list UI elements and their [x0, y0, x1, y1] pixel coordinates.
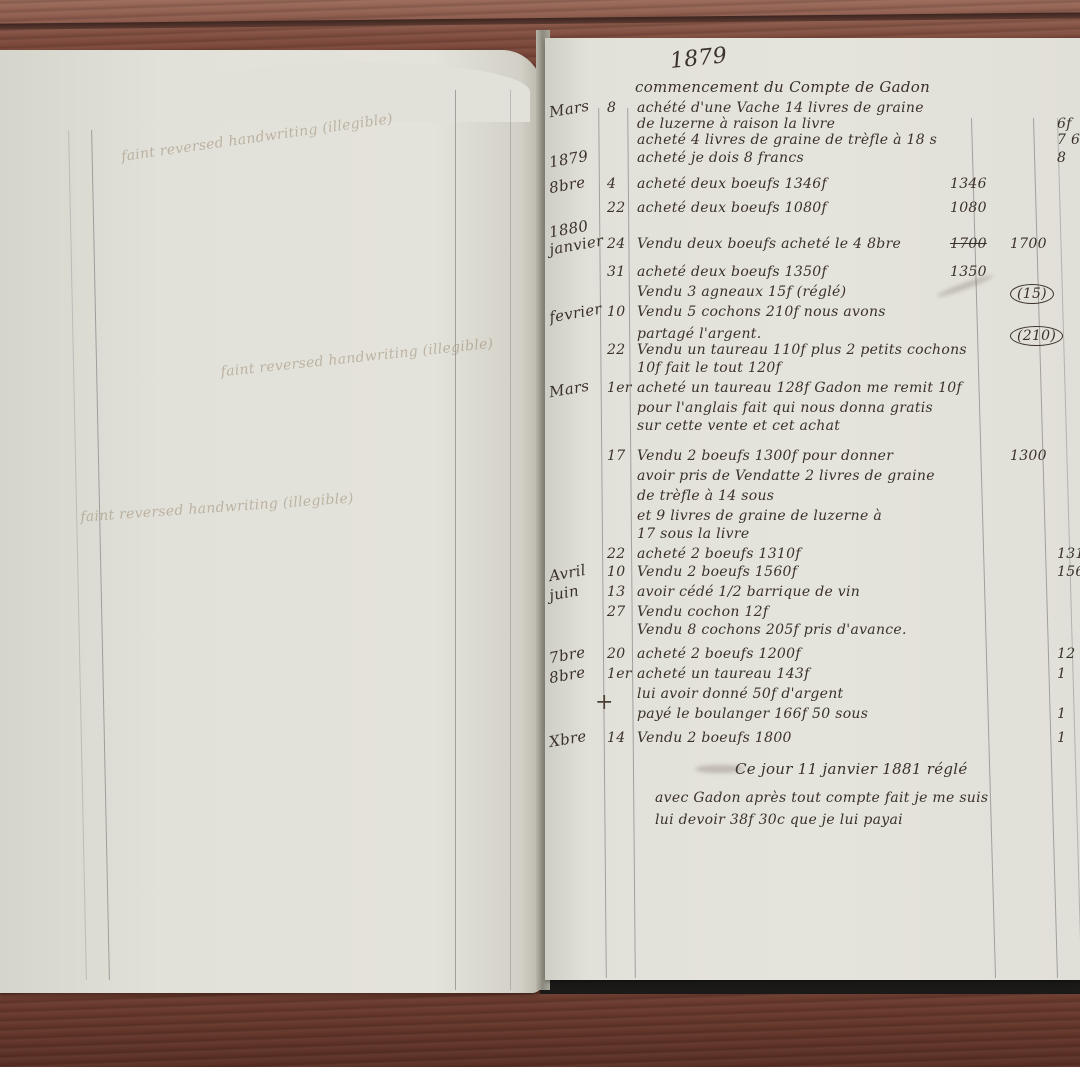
entry-amount-debit: 1346 — [950, 176, 987, 192]
entry-description: acheté deux boeufs 1080f — [637, 200, 827, 216]
entry-description: 10f fait le tout 120f — [637, 360, 781, 376]
entry-day: 22 — [607, 200, 625, 216]
entry-description: Vendu 5 cochons 210f nous avons — [637, 304, 886, 320]
ledger-left-page: faint reversed handwriting (illegible) f… — [0, 50, 542, 993]
entry-description: Vendu 2 boeufs 1800 — [637, 730, 792, 746]
entry-amount-debit: 1700 — [950, 236, 987, 252]
entry-month: juin — [548, 582, 581, 605]
column-rule-line — [510, 90, 511, 990]
entry-day: 10 — [607, 564, 625, 580]
entry-description: partagé l'argent. — [637, 326, 761, 342]
ledger-right-page: 1879 commencement du Compte de Gadon Mar… — [545, 38, 1080, 980]
closing-note-line: Ce jour 11 janvier 1881 réglé — [735, 760, 968, 778]
entry-description: et 9 livres de graine de luzerne à — [637, 508, 882, 524]
margin-rule-line — [91, 130, 110, 980]
bleed-through-text: faint reversed handwriting (illegible) — [80, 490, 355, 525]
entry-description: Vendu un taureau 110f plus 2 petits coch… — [637, 342, 967, 358]
column-rule-line — [455, 90, 456, 990]
entry-description: sur cette vente et cet achat — [637, 418, 840, 434]
entry-description: pour l'anglais fait qui nous donna grati… — [637, 400, 933, 416]
entry-description: achété d'une Vache 14 livres de graine — [637, 100, 924, 116]
entry-description: acheté un taureau 143f — [637, 666, 810, 682]
entry-description: 17 sous la livre — [637, 526, 749, 542]
entry-description: Vendu cochon 12f — [637, 604, 768, 620]
entry-amount-credit: (15) — [1010, 284, 1054, 304]
entry-day: 27 — [607, 604, 625, 620]
entry-day: 22 — [607, 546, 625, 562]
entry-amount-extra: 1310 — [1057, 546, 1080, 562]
entry-day: 1er — [607, 380, 632, 396]
entry-day: 22 — [607, 342, 625, 358]
entry-month: Xbre — [548, 727, 588, 751]
entry-day: 8 — [607, 100, 616, 116]
entry-day: 24 — [607, 236, 625, 252]
margin-rule-line — [68, 130, 87, 980]
closing-note-line: lui devoir 38f 30c que je lui payai — [655, 812, 903, 828]
entry-description: Vendu 2 boeufs 1560f — [637, 564, 797, 580]
ledger-title: commencement du Compte de Gadon — [635, 78, 930, 96]
entry-description: acheté 4 livres de graine de trèfle à 18… — [637, 132, 937, 148]
entry-description: avoir cédé 1/2 barrique de vin — [637, 584, 860, 600]
entry-description: acheté deux boeufs 1350f — [637, 264, 827, 280]
entry-day: 14 — [607, 730, 625, 746]
margin-cross-mark: + — [595, 690, 613, 715]
entry-amount-extra: 12 — [1057, 646, 1075, 662]
entry-description: acheté 2 boeufs 1310f — [637, 546, 801, 562]
entry-description: acheté deux boeufs 1346f — [637, 176, 827, 192]
entry-description: acheté je dois 8 francs — [637, 150, 804, 166]
entry-month: 8bre — [548, 663, 587, 687]
entry-day: 20 — [607, 646, 625, 662]
entry-month: Mars — [548, 97, 591, 122]
year-heading: 1879 — [669, 43, 729, 74]
entry-day: 4 — [607, 176, 616, 192]
entry-amount-debit: 1080 — [950, 200, 987, 216]
entry-description: Vendu 2 boeufs 1300f pour donner — [637, 448, 893, 464]
entry-description: Vendu 8 cochons 205f pris d'avance. — [637, 622, 907, 638]
entry-day: 17 — [607, 448, 625, 464]
entry-amount-extra: 1 — [1057, 666, 1066, 682]
entry-description: Vendu 3 agneaux 15f (réglé) — [637, 284, 846, 300]
entry-month: Mars — [548, 377, 591, 402]
closing-note-line: avec Gadon après tout compte fait je me … — [655, 790, 988, 806]
bleed-through-text: faint reversed handwriting (illegible) — [220, 336, 494, 381]
entry-day: 31 — [607, 264, 625, 280]
entry-amount-extra: 1 — [1057, 730, 1066, 746]
entry-amount-credit: 1700 — [1010, 236, 1047, 252]
day-column-rule — [627, 108, 636, 978]
entry-amount-extra: 6f — [1057, 116, 1072, 132]
entry-day: 13 — [607, 584, 625, 600]
entry-description: de luzerne à raison la livre — [637, 116, 835, 132]
entry-description: lui avoir donné 50f d'argent — [637, 686, 843, 702]
entry-month: fevrier — [548, 300, 603, 327]
entry-description: payé le boulanger 166f 50 sous — [637, 706, 868, 722]
entry-amount-extra: 156 — [1057, 564, 1080, 580]
page-curl — [190, 62, 530, 122]
entry-amount-extra: 7 6 — [1057, 132, 1080, 148]
entry-month: 1879 — [548, 147, 590, 172]
entry-description: acheté 2 boeufs 1200f — [637, 646, 801, 662]
entry-description: avoir pris de Vendatte 2 livres de grain… — [637, 468, 935, 484]
entry-description: de trèfle à 14 sous — [637, 488, 774, 504]
entry-amount-credit: 1300 — [1010, 448, 1047, 464]
entry-amount-credit: (210) — [1010, 326, 1063, 346]
entry-amount-extra: 1 — [1057, 706, 1066, 722]
entry-description: acheté un taureau 128f Gadon me remit 10… — [637, 380, 962, 396]
entry-month: 8bre — [548, 173, 587, 197]
entry-amount-extra: 8 — [1057, 150, 1066, 166]
entry-description: Vendu deux boeufs acheté le 4 8bre — [637, 236, 901, 252]
entry-day: 1er — [607, 666, 632, 682]
entry-month: Avril — [548, 561, 588, 585]
entry-day: 10 — [607, 304, 625, 320]
